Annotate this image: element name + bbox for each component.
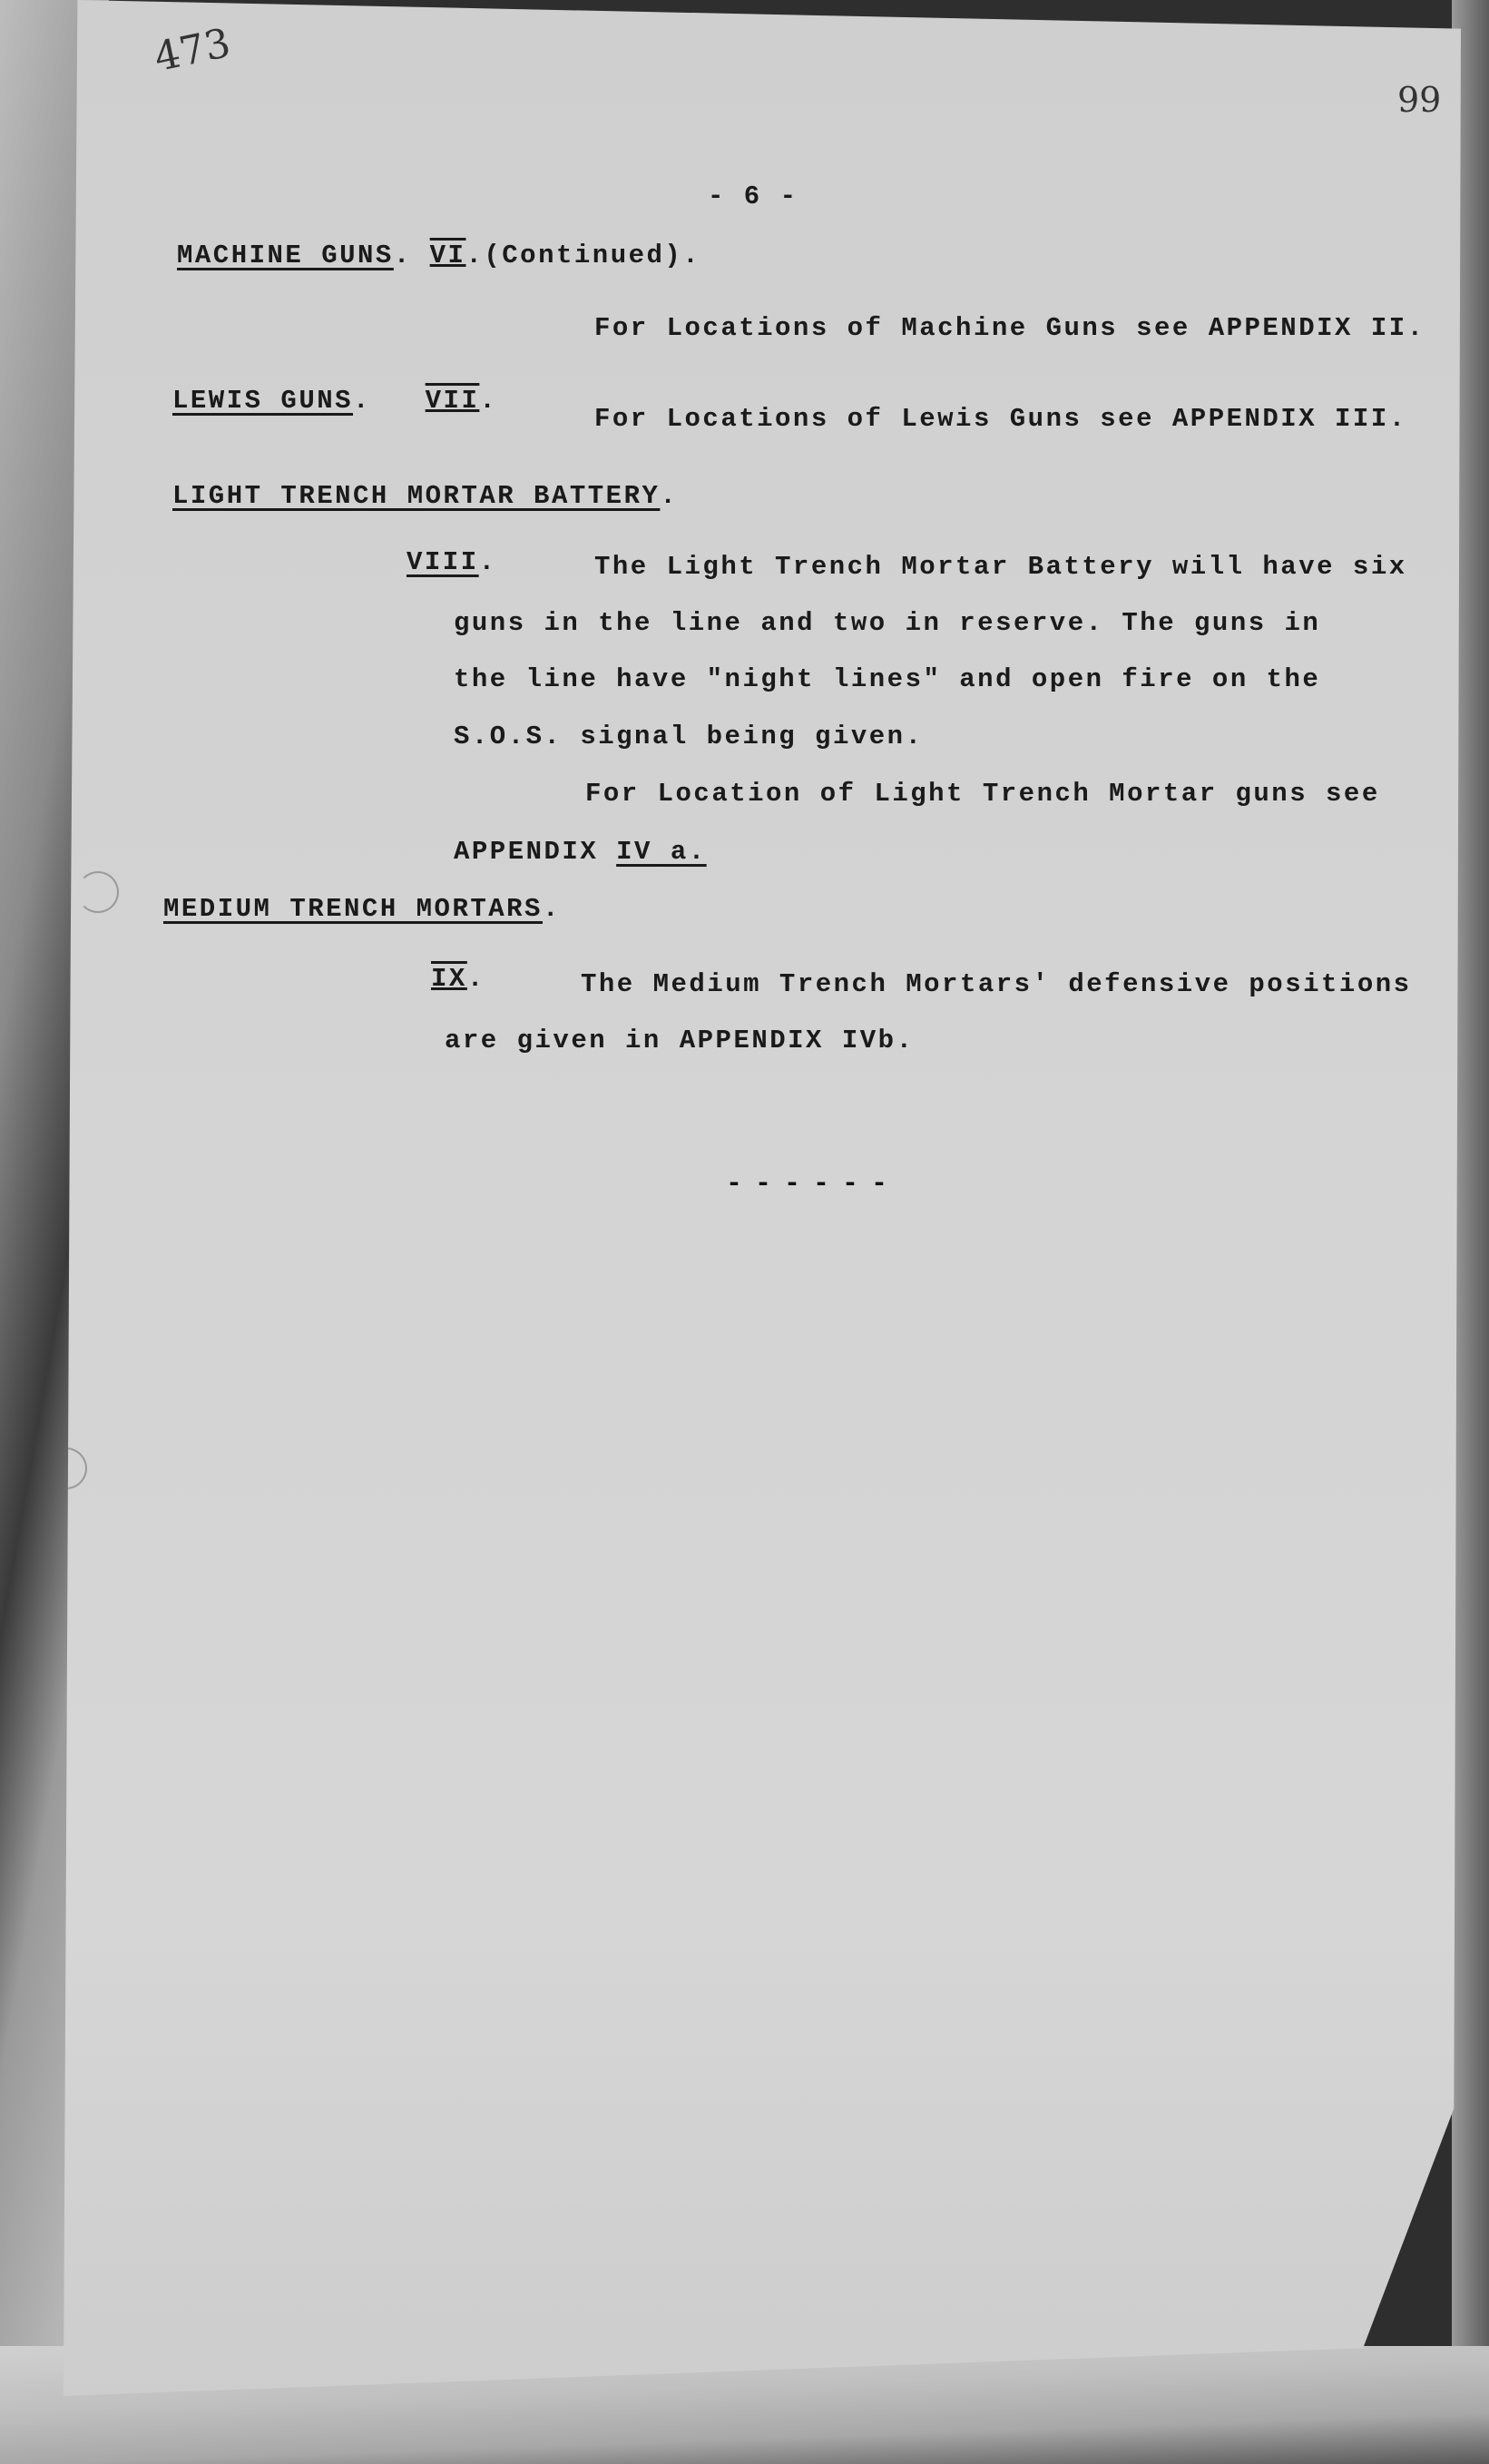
archive-number-right: 99 [1397,80,1441,120]
document-page: 473 99 - 6 - MACHINE GUNS. VI.(Continued… [64,0,1461,2396]
section-numeral: VIII. [407,547,497,577]
heading-suffix: .(Continued). [465,241,700,270]
section-heading: MACHINE GUNS [177,241,394,270]
section-medium-trench-mortars: MEDIUM TRENCH MORTARS. [163,894,561,924]
paragraph-line: For Locations of Machine Guns see APPEND… [594,313,1425,343]
paragraph-line: For Locations of Lewis Guns see APPENDIX… [594,404,1407,434]
section-numeral: VII [426,386,480,416]
section-lewis-guns: LEWIS GUNS. VII. [172,386,497,416]
section-machine-guns: MACHINE GUNS. VI.(Continued). [177,241,700,270]
section-numeral: VI [430,241,466,270]
paragraph-line: are given in APPENDIX IVb. [445,1026,914,1055]
archive-number-left: 473 [151,20,235,81]
end-rule: ------ [726,1169,900,1200]
paragraph-line: For Location of Light Trench Mortar guns… [585,779,1380,809]
page-number: - 6 - [708,182,798,211]
paragraph-line: The Medium Trench Mortars' defensive pos… [581,969,1412,999]
paragraph-line: The Light Trench Mortar Battery will hav… [594,552,1407,582]
section-numeral: IX. [431,964,485,994]
paragraph-line: the line have "night lines" and open fir… [454,664,1320,694]
punch-hole [77,871,119,913]
section-heading: MEDIUM TRENCH MORTARS [163,894,543,924]
section-heading: LIGHT TRENCH MORTAR BATTERY [172,481,660,511]
paragraph-line: guns in the line and two in reserve. The… [454,608,1320,638]
appendix-ref: IV a. [616,837,707,867]
section-heading: LEWIS GUNS [172,386,353,416]
paragraph-line: S.O.S. signal being given. [454,722,923,751]
appendix-ref-line: APPENDIX IV a. [454,837,707,867]
section-light-trench-mortar: LIGHT TRENCH MORTAR BATTERY. [172,481,678,511]
